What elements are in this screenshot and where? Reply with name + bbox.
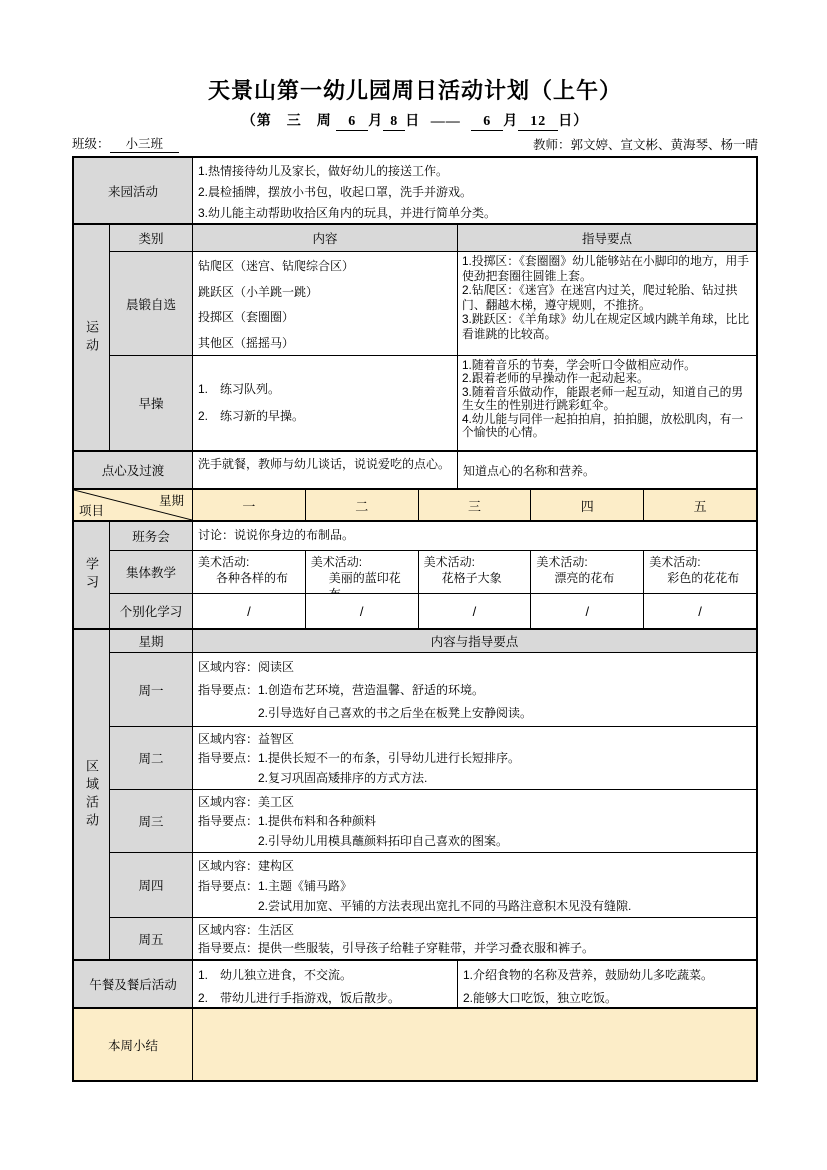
free-exercise-area: 钻爬区（迷宫、钻爬综合区） (198, 254, 452, 280)
lunch-row: 午餐及餐后活动 1. 幼儿独立进食，不交流。 2. 带幼儿进行手指游戏，饭后散步… (74, 959, 756, 1007)
region-section-label: 区域活动 (82, 759, 101, 831)
free-exercise-row: 晨锻自选 钻爬区（迷宫、钻爬综合区） 跳跃区（小羊跳一跳） 投掷区（套圈圈） 其… (109, 251, 756, 355)
corner-cell: 星期 项目 (74, 490, 192, 520)
region-area: 区域内容：美工区 (198, 793, 751, 810)
snack-content-text: 洗手就餐，教师与幼儿谈话，说说爱吃的点心。 (198, 454, 452, 472)
region-content-header: 内容与指导要点 (192, 630, 756, 652)
free-exercise-content: 钻爬区（迷宫、钻爬综合区） 跳跃区（小羊跳一跳） 投掷区（套圈圈） 其他区（摇摇… (192, 252, 457, 355)
activity-type: 美术活动: (198, 554, 300, 570)
tuesday-label: 周二 (109, 727, 192, 789)
subtitle-prefix: （第 三 周 (242, 114, 332, 129)
class-value: 小三班 (110, 134, 180, 153)
guidance-item: 1.投掷区：《套圈圈》幼儿能够站在小脚印的地方，用手使劲把套圈往圆锥上套。 (462, 254, 752, 283)
month1-blank: 6 (336, 114, 368, 131)
class-field: 班级：小三班 (72, 134, 179, 153)
weekday-col-tue: 二 (305, 490, 418, 520)
arrival-item: 2.晨检插牌，摆放小书包，收起口罩，洗手并游戏。 (198, 181, 751, 202)
snack-content: 洗手就餐，教师与幼儿谈话，说说爱吃的点心。 (192, 452, 457, 488)
thursday-content: 区域内容：建构区 指导要点：1.主题《铺马路》 2.尝试用加宽、平铺的方法表现出… (192, 853, 756, 917)
tuesday-content: 区域内容：益智区 指导要点：1.提供长短不一的布条，引导幼儿进行长短排序。 2.… (192, 727, 756, 789)
wednesday-label: 周三 (109, 790, 192, 852)
page-title: 天景山第一幼儿园周日活动计划（上午） (72, 74, 758, 105)
free-exercise-area: 跳跃区（小羊跳一跳） (198, 280, 452, 306)
meta-line: 班级：小三班 教师：郭文婷、宣文彬、黄海琴、杨一晴 (72, 134, 758, 153)
arrival-item: 3.幼儿能主动帮助收拾区角内的玩具，并进行简单分类。 (198, 202, 751, 223)
region-guide: 指导要点：1.主题《铺马路》 (198, 877, 751, 894)
activity-type: 美术活动: (649, 554, 751, 570)
group-teaching-wed: 美术活动: 花格子大象 (418, 551, 531, 593)
week-date-line: （第 三 周 6月8日 —— 6月12日） (72, 110, 758, 131)
region-guide: 指导要点：提供一些服装，引导孩子给鞋子穿鞋带，并学习叠衣服和裤子。 (198, 939, 751, 956)
region-area: 区域内容：益智区 (198, 730, 751, 747)
day2-blank: 12 (518, 114, 558, 131)
day2-label: 日） (558, 114, 588, 129)
region-guide: 指导要点：1.提供布料和各种颜料 (198, 812, 751, 829)
wednesday-content: 区域内容：美工区 指导要点：1.提供布料和各种颜料 2.引导幼儿用模具蘸颜料拓印… (192, 790, 756, 852)
individual-tue: / (305, 594, 418, 628)
content-header: 内容 (192, 225, 457, 251)
learning-section: 学习 班务会 讨论：说说你身边的布制品。 集体教学 美术活动: 各种各样的布 美… (74, 520, 756, 628)
activity-type: 美术活动: (536, 554, 638, 570)
group-teaching-row: 集体教学 美术活动: 各种各样的布 美术活动: 美丽的蓝印花布 美术活动: 花格… (109, 550, 756, 593)
sport-section: 运动 类别 内容 指导要点 晨锻自选 钻爬区（迷宫、钻爬综合区） 跳跃区（小羊跳… (74, 223, 756, 450)
month1-label: 月 (368, 114, 383, 129)
corner-week-label: 星期 (159, 491, 184, 509)
lunch-item: 1. 幼儿独立进食，不交流。 (198, 963, 452, 986)
region-area: 区域内容：生活区 (198, 921, 751, 938)
free-exercise-area: 投掷区（套圈圈） (198, 305, 452, 331)
activity-name: 漂亮的花布 (536, 570, 638, 586)
month2-label: 月 (503, 114, 518, 129)
teachers-line: 教师：郭文婷、宣文彬、黄海琴、杨一晴 (533, 135, 758, 153)
class-meeting-content: 讨论：说说你身边的布制品。 (192, 522, 756, 550)
morning-gym-guidance: 1.随着音乐的节奏，学会听口令做相应动作。 2.跟着老师的早操动作一起动起来。 … (457, 356, 756, 450)
lunch-item: 2. 带幼儿进行手指游戏，饭后散步。 (198, 986, 452, 1007)
class-meeting-label: 班务会 (109, 522, 192, 550)
sport-header-row: 类别 内容 指导要点 (109, 225, 756, 251)
morning-gym-content: 1. 练习队列。 2. 练习新的早操。 (192, 356, 457, 450)
weekday-col-wed: 三 (418, 490, 531, 520)
activity-name: 花格子大象 (424, 570, 526, 586)
activity-name: 美丽的蓝印花布 (311, 570, 413, 593)
free-exercise-guidance: 1.投掷区：《套圈圈》幼儿能够站在小脚印的地方，用手使劲把套圈往圆锥上套。 2.… (457, 252, 756, 355)
morning-gym-row: 早操 1. 练习队列。 2. 练习新的早操。 1.随着音乐的节奏，学会听口令做相… (109, 355, 756, 450)
region-guide: 2.引导幼儿用模具蘸颜料拓印自己喜欢的图案。 (198, 832, 751, 849)
group-teaching-tue: 美术活动: 美丽的蓝印花布 (305, 551, 418, 593)
weekday-col-mon: 一 (192, 490, 305, 520)
region-section-label-cell: 区域活动 (74, 630, 109, 959)
weekly-summary-label: 本周小结 (74, 1009, 192, 1080)
guidance-item: 2.跟着老师的早操动作一起动起来。 (462, 372, 752, 385)
sport-section-label-cell: 运动 (74, 225, 109, 450)
region-guide: 指导要点：1.创造布艺环境，营造温馨、舒适的环境。 (198, 681, 751, 698)
lunch-right-content: 1.介绍食物的名称及营养，鼓励幼儿多吃蔬菜。 2.能够大口吃饭，独立吃饭。 (457, 961, 756, 1007)
region-guide: 2.尝试用加宽、平铺的方法表现出宽扎不同的马路注意积木见没有缝隙. (198, 897, 751, 914)
individual-thu: / (530, 594, 643, 628)
lunch-guidance-item: 2.能够大口吃饭，独立吃饭。 (463, 986, 751, 1007)
monday-label: 周一 (109, 653, 192, 726)
thursday-label: 周四 (109, 853, 192, 917)
morning-gym-item: 2. 练习新的早操。 (198, 403, 452, 430)
guidance-item: 1.随着音乐的节奏，学会听口令做相应动作。 (462, 359, 752, 372)
sport-section-label: 运动 (82, 320, 101, 356)
weekday-header-row: 星期 项目 一 二 三 四 五 (74, 488, 756, 520)
region-tuesday-row: 周二 区域内容：益智区 指导要点：1.提供长短不一的布条，引导幼儿进行长短排序。… (109, 726, 756, 789)
activity-name: 各种各样的布 (198, 570, 300, 586)
guidance-item: 4.幼儿能与同伴一起拍拍肩，拍拍腿，放松肌肉，有一个愉快的心情。 (462, 413, 752, 440)
lunch-label: 午餐及餐后活动 (74, 961, 192, 1007)
group-teaching-label: 集体教学 (109, 551, 192, 593)
morning-gym-label: 早操 (109, 356, 192, 450)
group-teaching-fri: 美术活动: 彩色的花花布 (643, 551, 756, 593)
individual-learning-label: 个别化学习 (109, 594, 192, 628)
group-teaching-mon: 美术活动: 各种各样的布 (192, 551, 305, 593)
monday-content: 区域内容：阅读区 指导要点：1.创造布艺环境，营造温馨、舒适的环境。 2.引导选… (192, 653, 756, 726)
corner-item-label: 项目 (79, 501, 104, 519)
region-wednesday-row: 周三 区域内容：美工区 指导要点：1.提供布料和各种颜料 2.引导幼儿用模具蘸颜… (109, 789, 756, 852)
individual-mon: / (192, 594, 305, 628)
region-guide: 2.引导选好自己喜欢的书之后坐在板凳上安静阅读。 (198, 704, 751, 721)
arrival-activity-label: 来园活动 (74, 158, 192, 223)
class-meeting-row: 班务会 讨论：说说你身边的布制品。 (109, 522, 756, 550)
individual-fri: / (643, 594, 756, 628)
individual-learning-row: 个别化学习 / / / / / (109, 593, 756, 628)
activity-name: 彩色的花花布 (649, 570, 751, 586)
region-header-row: 星期 内容与指导要点 (109, 630, 756, 652)
snack-transition-label: 点心及过渡 (74, 452, 192, 488)
guidance-header: 指导要点 (457, 225, 756, 251)
morning-gym-item: 1. 练习队列。 (198, 376, 452, 403)
region-area: 区域内容：阅读区 (198, 658, 751, 675)
activity-type: 美术活动: (311, 554, 413, 570)
free-exercise-area: 其他区（摇摇马） (198, 331, 452, 356)
arrival-activity-content: 1.热情接待幼儿及家长，做好幼儿的接送工作。 2.晨检插牌，摆放小书包，收起口罩… (192, 158, 756, 223)
weekday-col-fri: 五 (643, 490, 756, 520)
region-area: 区域内容：建构区 (198, 857, 751, 874)
snack-transition-row: 点心及过渡 洗手就餐，教师与幼儿谈话，说说爱吃的点心。 知道点心的名称和营养。 (74, 450, 756, 488)
day1-label: 日 (405, 114, 420, 129)
group-teaching-thu: 美术活动: 漂亮的花布 (530, 551, 643, 593)
learning-section-label: 学习 (82, 557, 101, 593)
guidance-item: 2.钻爬区：《迷宫》在迷宫内过关，爬过轮胎、钻过拱门、翻越木梯，遵守规则，不推挤… (462, 283, 752, 312)
guidance-item: 3.跳跃区：《羊角球》幼儿在规定区域内跳羊角球，比比看谁跳的比较高。 (462, 312, 752, 341)
region-week-header: 星期 (109, 630, 192, 652)
lunch-guidance-item: 1.介绍食物的名称及营养，鼓励幼儿多吃蔬菜。 (463, 963, 751, 986)
region-monday-row: 周一 区域内容：阅读区 指导要点：1.创造布艺环境，营造温馨、舒适的环境。 2.… (109, 652, 756, 726)
region-guide: 2.复习巩固高矮排序的方式方法. (198, 769, 751, 786)
weekly-summary-content (192, 1009, 756, 1080)
free-exercise-label: 晨锻自选 (109, 252, 192, 355)
date-range-dash: —— (425, 114, 467, 129)
arrival-activity-row: 来园活动 1.热情接待幼儿及家长，做好幼儿的接送工作。 2.晨检插牌，摆放小书包… (74, 158, 756, 223)
lunch-left-content: 1. 幼儿独立进食，不交流。 2. 带幼儿进行手指游戏，饭后散步。 (192, 961, 457, 1007)
class-label: 班级： (72, 137, 110, 151)
region-friday-row: 周五 区域内容：生活区 指导要点：提供一些服装，引导孩子给鞋子穿鞋带，并学习叠衣… (109, 917, 756, 959)
region-guide: 指导要点：1.提供长短不一的布条，引导幼儿进行长短排序。 (198, 749, 751, 766)
category-header: 类别 (109, 225, 192, 251)
learning-section-label-cell: 学习 (74, 522, 109, 628)
weekly-summary-row: 本周小结 (74, 1007, 756, 1080)
weekly-plan-table: 来园活动 1.热情接待幼儿及家长，做好幼儿的接送工作。 2.晨检插牌，摆放小书包… (72, 156, 758, 1082)
activity-type: 美术活动: (424, 554, 526, 570)
snack-guidance: 知道点心的名称和营养。 (457, 452, 756, 488)
individual-wed: / (418, 594, 531, 628)
month2-blank: 6 (471, 114, 503, 131)
friday-label: 周五 (109, 918, 192, 959)
arrival-item: 1.热情接待幼儿及家长，做好幼儿的接送工作。 (198, 160, 751, 181)
region-activity-section: 区域活动 星期 内容与指导要点 周一 区域内容：阅读区 指导要点：1.创造布艺环… (74, 628, 756, 959)
document: 天景山第一幼儿园周日活动计划（上午） （第 三 周 6月8日 —— 6月12日）… (72, 0, 758, 1082)
weekday-col-thu: 四 (530, 490, 643, 520)
guidance-item: 3.随着音乐做动作，能跟老师一起互动，知道自己的男生女生的性别进行跳彩虹伞。 (462, 386, 752, 413)
region-thursday-row: 周四 区域内容：建构区 指导要点：1.主题《铺马路》 2.尝试用加宽、平铺的方法… (109, 852, 756, 917)
day1-blank: 8 (383, 114, 405, 131)
friday-content: 区域内容：生活区 指导要点：提供一些服装，引导孩子给鞋子穿鞋带，并学习叠衣服和裤… (192, 918, 756, 959)
